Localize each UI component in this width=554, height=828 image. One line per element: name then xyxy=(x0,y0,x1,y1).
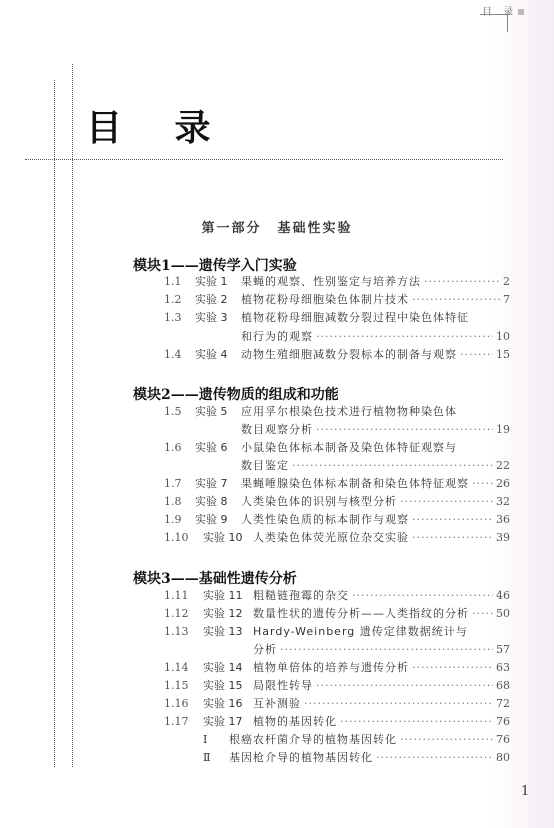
dot-leader xyxy=(316,677,493,695)
module-heading-3: 模块3——基础性遗传分析 xyxy=(133,568,297,588)
entry-number: 1.10 xyxy=(164,529,189,547)
entry-number: 1.14 xyxy=(164,659,189,677)
entry-label: 实验 13 xyxy=(203,623,243,641)
dot-leader xyxy=(316,328,493,346)
entry-title: 数目鉴定22 xyxy=(241,457,510,475)
toc-entry[interactable]: 1.17 实验 17 植物的基因转化76 xyxy=(0,713,554,731)
module-heading-2: 模块2——遗传物质的组成和功能 xyxy=(133,384,339,404)
entry-title: 人类染色体的识别与核型分析32 xyxy=(241,493,510,511)
header-vertical-rule xyxy=(507,14,508,32)
entry-number: 1.1 xyxy=(164,273,182,291)
toc-entry-continuation[interactable]: 数目观察分析19 xyxy=(0,421,554,439)
entry-page: 46 xyxy=(496,587,510,605)
entry-number: 1.13 xyxy=(164,623,189,641)
entry-page: 76 xyxy=(496,731,510,749)
module-heading-1: 模块1——遗传学入门实验 xyxy=(133,255,297,275)
entry-page: 80 xyxy=(496,749,510,767)
entry-label: 实验 8 xyxy=(195,493,228,511)
entry-page: 22 xyxy=(496,457,510,475)
dot-leader xyxy=(412,659,493,677)
toc-subentry[interactable]: Ⅱ 基因枪介导的植物基因转化80 xyxy=(0,749,554,767)
entry-label: 实验 12 xyxy=(203,605,243,623)
entry-title: 数量性状的遗传分析——人类指纹的分析50 xyxy=(253,605,510,623)
entry-label: 实验 15 xyxy=(203,677,243,695)
toc-entry[interactable]: 1.12 实验 12 数量性状的遗传分析——人类指纹的分析50 xyxy=(0,605,554,623)
page-number: 1 xyxy=(521,784,529,799)
entry-number: 1.9 xyxy=(164,511,182,529)
entry-label: 实验 10 xyxy=(203,529,243,547)
part-label: 第一部分 xyxy=(201,221,261,236)
dot-leader xyxy=(412,511,493,529)
toc-entry[interactable]: 1.13 实验 13 Hardy-Weinberg 遗传定律数据统计与 xyxy=(0,623,554,641)
subentry-roman: Ⅰ xyxy=(203,731,207,749)
entry-page: 63 xyxy=(496,659,510,677)
dot-leader xyxy=(400,493,493,511)
entry-title: 应用孚尔根染色技术进行植物物种染色体 xyxy=(241,403,510,421)
entry-page: 72 xyxy=(496,695,510,713)
toc-subentry[interactable]: Ⅰ 根癌农杆菌介导的植物基因转化76 xyxy=(0,731,554,749)
dot-leader xyxy=(412,529,493,547)
toc-entry[interactable]: 1.16 实验 16 互补测验72 xyxy=(0,695,554,713)
running-header-label: 目 录 xyxy=(482,3,524,18)
entry-page: 19 xyxy=(496,421,510,439)
entry-page: 36 xyxy=(496,511,510,529)
subentry-roman: Ⅱ xyxy=(203,749,210,767)
entry-label: 实验 2 xyxy=(195,291,228,309)
dot-leader xyxy=(472,605,493,623)
toc-entry[interactable]: 1.4 实验 4 动物生殖细胞减数分裂标本的制备与观察15 xyxy=(0,346,554,364)
entry-title: 和行为的观察10 xyxy=(241,328,510,346)
entry-title: 分析57 xyxy=(253,641,510,659)
toc-entry-continuation[interactable]: 分析57 xyxy=(0,641,554,659)
entry-label: 实验 3 xyxy=(195,309,228,327)
toc-entry-continuation[interactable]: 数目鉴定22 xyxy=(0,457,554,475)
dot-leader xyxy=(400,731,493,749)
toc-entry[interactable]: 1.8 实验 8 人类染色体的识别与核型分析32 xyxy=(0,493,554,511)
entry-number: 1.4 xyxy=(164,346,182,364)
toc-entry[interactable]: 1.11 实验 11 粗糙链孢霉的杂交46 xyxy=(0,587,554,605)
page-title: 目 录 xyxy=(86,100,231,151)
entry-page: 15 xyxy=(496,346,510,364)
entry-page: 10 xyxy=(496,328,510,346)
dotted-horizontal-rule xyxy=(25,159,503,160)
entry-number: 1.2 xyxy=(164,291,182,309)
dot-leader xyxy=(280,641,493,659)
subentry-title: 基因枪介导的植物基因转化80 xyxy=(229,749,510,767)
entry-number: 1.11 xyxy=(164,587,189,605)
entry-page: 39 xyxy=(496,529,510,547)
entry-title: 果蝇唾腺染色体标本制备和染色体特征观察26 xyxy=(241,475,510,493)
toc-entry[interactable]: 1.3 实验 3 植物花粉母细胞减数分裂过程中染色体特征 xyxy=(0,309,554,327)
toc-entry[interactable]: 1.7 实验 7 果蝇唾腺染色体标本制备和染色体特征观察26 xyxy=(0,475,554,493)
entry-number: 1.12 xyxy=(164,605,189,623)
toc-entry[interactable]: 1.1 实验 1 果蝇的观察、性别鉴定与培养方法2 xyxy=(0,273,554,291)
entry-title: 数目观察分析19 xyxy=(241,421,510,439)
entry-label: 实验 17 xyxy=(203,713,243,731)
entry-number: 1.5 xyxy=(164,403,182,421)
part-heading: 第一部分基础性实验 xyxy=(0,217,554,236)
toc-entry-continuation[interactable]: 和行为的观察10 xyxy=(0,328,554,346)
entry-title: 互补测验72 xyxy=(253,695,510,713)
entry-label: 实验 11 xyxy=(203,587,243,605)
dot-leader xyxy=(316,421,493,439)
entry-title: 小鼠染色体标本制备及染色体特征观察与 xyxy=(241,439,510,457)
dot-leader xyxy=(472,475,493,493)
dot-leader xyxy=(304,695,493,713)
entry-number: 1.8 xyxy=(164,493,182,511)
toc-entry[interactable]: 1.14 实验 14 植物单倍体的培养与遗传分析63 xyxy=(0,659,554,677)
entry-page: 50 xyxy=(496,605,510,623)
entry-label: 实验 9 xyxy=(195,511,228,529)
entry-number: 1.15 xyxy=(164,677,189,695)
dot-leader xyxy=(340,713,493,731)
toc-entry[interactable]: 1.9 实验 9 人类性染色质的标本制作与观察36 xyxy=(0,511,554,529)
entry-page: 57 xyxy=(496,641,510,659)
entry-number: 1.7 xyxy=(164,475,182,493)
entry-label: 实验 14 xyxy=(203,659,243,677)
dot-leader xyxy=(412,291,500,309)
toc-entry[interactable]: 1.2 实验 2 植物花粉母细胞染色体制片技术7 xyxy=(0,291,554,309)
entry-title: 植物单倍体的培养与遗传分析63 xyxy=(253,659,510,677)
dot-leader xyxy=(460,346,493,364)
entry-page: 7 xyxy=(503,291,510,309)
header-square-icon xyxy=(518,9,524,15)
entry-number: 1.17 xyxy=(164,713,189,731)
entry-page: 26 xyxy=(496,475,510,493)
entry-label: 实验 5 xyxy=(195,403,228,421)
entry-label: 实验 4 xyxy=(195,346,228,364)
toc-entry[interactable]: 1.15 实验 15 局限性转导68 xyxy=(0,677,554,695)
entry-number: 1.6 xyxy=(164,439,182,457)
entry-title: 植物的基因转化76 xyxy=(253,713,510,731)
toc-entry[interactable]: 1.5 实验 5 应用孚尔根染色技术进行植物物种染色体 xyxy=(0,403,554,421)
entry-page: 76 xyxy=(496,713,510,731)
dot-leader xyxy=(352,587,493,605)
dot-leader xyxy=(376,749,493,767)
header-rule xyxy=(480,14,510,15)
entry-label: 实验 7 xyxy=(195,475,228,493)
entry-title: 人类染色体荧光原位杂交实验39 xyxy=(253,529,510,547)
subentry-title: 根癌农杆菌介导的植物基因转化76 xyxy=(229,731,510,749)
entry-number: 1.16 xyxy=(164,695,189,713)
toc-entry[interactable]: 1.10 实验 10 人类染色体荧光原位杂交实验39 xyxy=(0,529,554,547)
entry-label: 实验 1 xyxy=(195,273,228,291)
entry-number: 1.3 xyxy=(164,309,182,327)
entry-title: 局限性转导68 xyxy=(253,677,510,695)
entry-label: 实验 16 xyxy=(203,695,243,713)
entry-title: Hardy-Weinberg 遗传定律数据统计与 xyxy=(253,623,510,641)
entry-title: 植物花粉母细胞染色体制片技术7 xyxy=(241,291,510,309)
entry-title: 粗糙链孢霉的杂交46 xyxy=(253,587,510,605)
entry-title: 果蝇的观察、性别鉴定与培养方法2 xyxy=(241,273,510,291)
dot-leader xyxy=(424,273,500,291)
dot-leader xyxy=(292,457,493,475)
entry-title: 动物生殖细胞减数分裂标本的制备与观察15 xyxy=(241,346,510,364)
toc-entry[interactable]: 1.6 实验 6 小鼠染色体标本制备及染色体特征观察与 xyxy=(0,439,554,457)
entry-title: 人类性染色质的标本制作与观察36 xyxy=(241,511,510,529)
entry-page: 32 xyxy=(496,493,510,511)
part-name: 基础性实验 xyxy=(278,221,353,236)
entry-page: 2 xyxy=(503,273,510,291)
entry-title: 植物花粉母细胞减数分裂过程中染色体特征 xyxy=(241,309,510,327)
entry-page: 68 xyxy=(496,677,510,695)
entry-label: 实验 6 xyxy=(195,439,228,457)
